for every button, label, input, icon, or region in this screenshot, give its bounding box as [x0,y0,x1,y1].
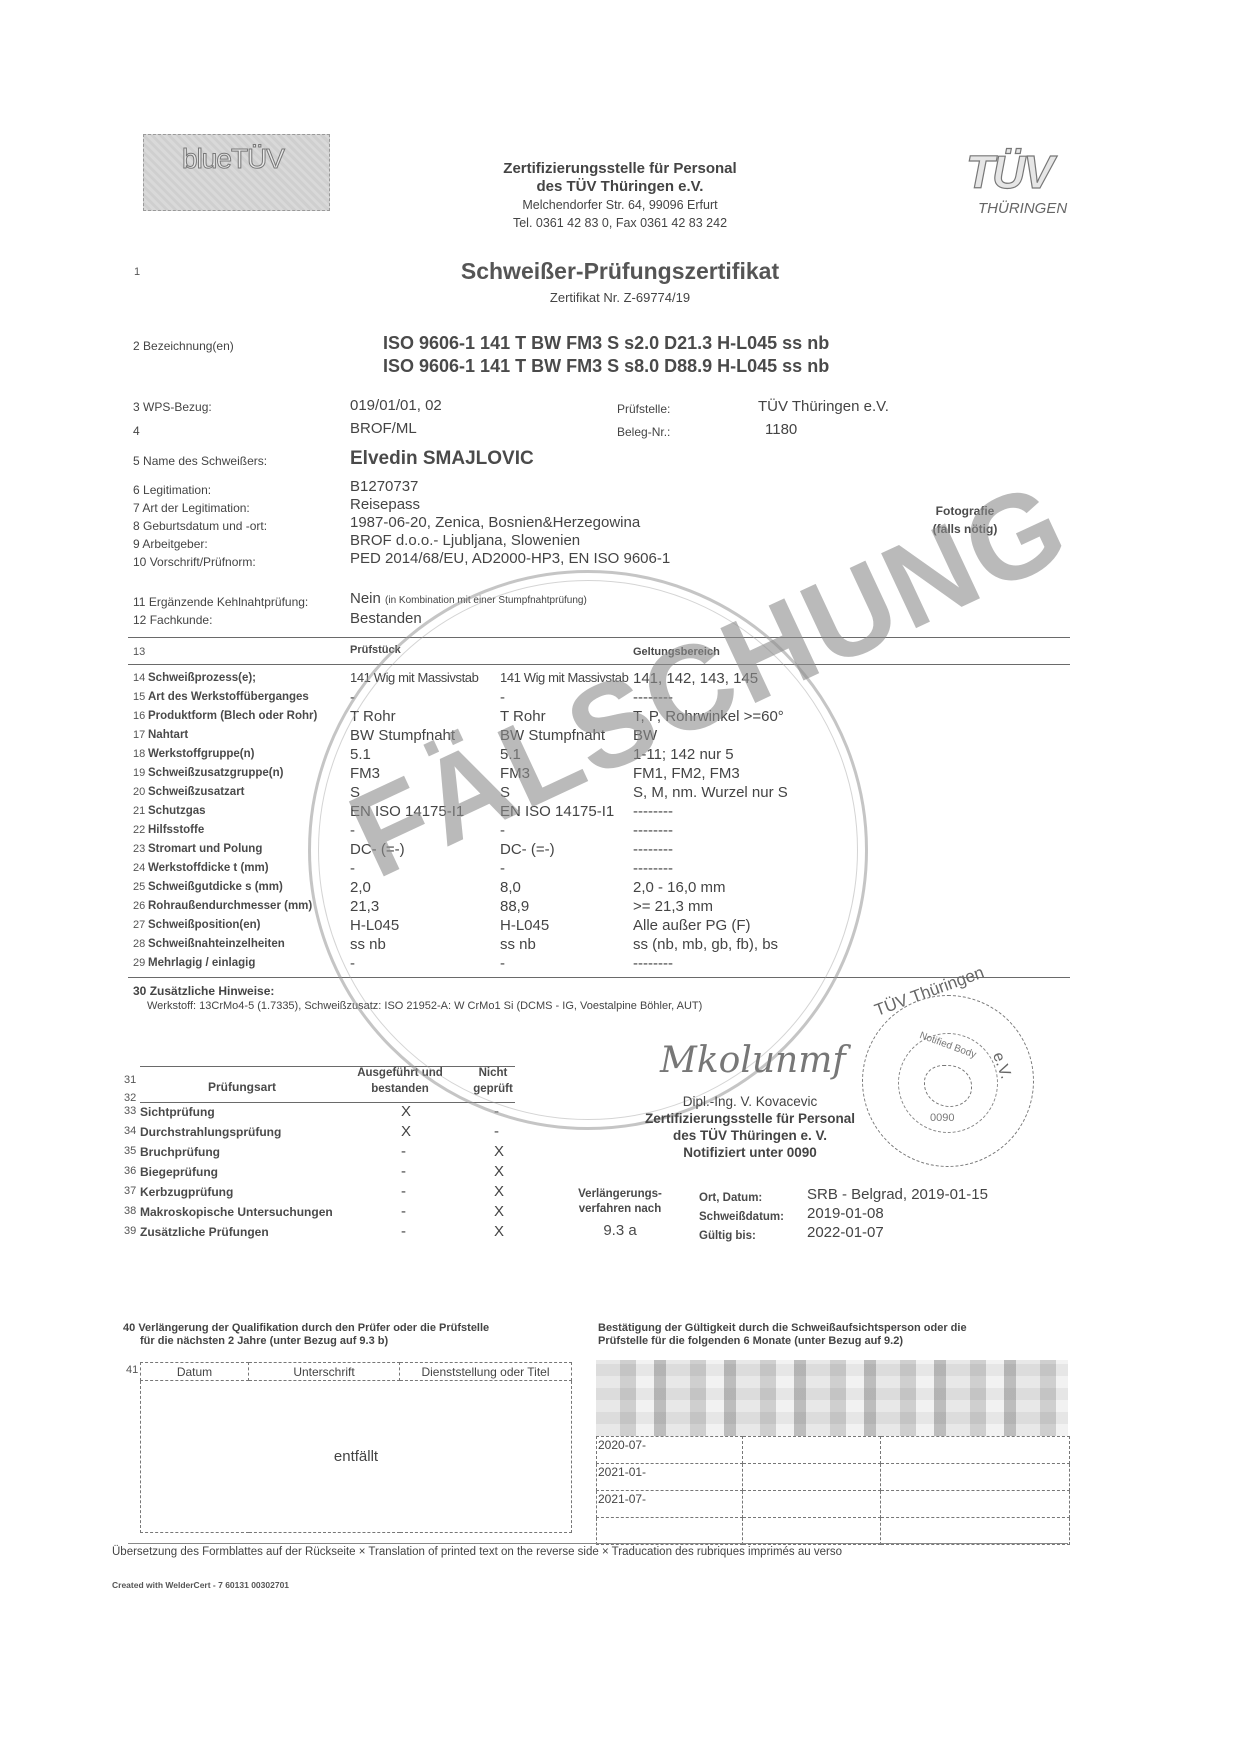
table-row: 38Makroskopische Untersuchungen-X [124,1203,544,1223]
issuer-header: Zertifizierungsstelle für Personal des T… [390,160,850,232]
cell-num: 27 [133,919,145,931]
date-cell: 2021-01- [597,1464,743,1491]
table-row [597,1518,1070,1545]
cell-label: Sichtprüfung [140,1105,215,1119]
table-row: 2021-07- [597,1491,1070,1518]
cell-passed: - [401,1163,406,1180]
cell-passed: - [401,1223,406,1240]
tests-table: 33SichtprüfungX-34Durchstrahlungsprüfung… [124,1103,544,1243]
signatory-block: Dipl.-Ing. V. Kovacevic Zertifizierungss… [590,1093,910,1161]
cell-num: 33 [124,1105,136,1117]
cell-label: Bruchprüfung [140,1145,220,1159]
cell-not: X [494,1143,504,1160]
confirmation-6m-title: Bestätigung der Gültigkeit durch die Sch… [598,1322,967,1348]
cell-num: 21 [133,805,145,817]
cell-passed: X [401,1123,411,1140]
signature-cell [743,1491,881,1518]
cell-num: 35 [124,1145,136,1157]
cell-num: 29 [133,957,145,969]
col-test-type: Prüfungsart [208,1080,276,1094]
cell-label: Werkstoffdicke t (mm) [148,862,269,874]
cell-label: Schweißposition(en) [148,919,260,931]
extension-procedure: Verlängerungs- verfahren nach 9.3 a [560,1187,680,1238]
test-center-value: TÜV Thüringen e.V. [758,398,889,415]
tuv-thueringen-logo: TÜV THÜRINGEN [960,145,1120,225]
designation-values: ISO 9606-1 141 T BW FM3 S s2.0 D21.3 H-L… [383,332,829,378]
certificate-number: Zertifikat Nr. Z-69774/19 [300,290,940,305]
cell-num: 36 [124,1165,136,1177]
cell-label: Mehrlagig / einlagig [148,957,255,969]
tests-num-a: 31 [124,1074,136,1086]
cell-not: X [494,1183,504,1200]
cell-label: Stromart und Polung [148,843,262,855]
cell-num: 37 [124,1185,136,1197]
cell-num: 25 [133,881,145,893]
cell-not: X [494,1223,504,1240]
cell-label: Zusätzliche Prüfungen [140,1225,269,1239]
cell-num: 24 [133,862,145,874]
designation-label: 2 Bezeichnung(en) [133,339,234,353]
cell-label: Kerbzugprüfung [140,1185,233,1199]
document-title: Schweißer-Prüfungszertifikat [300,258,940,285]
cell-num: 22 [133,824,145,836]
table-row: 37Kerbzugprüfung-X [124,1183,544,1203]
table-row: 34DurchstrahlungsprüfungX- [124,1123,544,1143]
wps-label: 3 WPS-Bezug: [133,400,212,414]
date-cell: 2020-07- [597,1437,743,1464]
validity-values: SRB - Belgrad, 2019-01-15 2019-01-08 202… [807,1185,988,1242]
cell-label: Schweißprozess(e); [148,672,256,684]
cell-label: Makroskopische Untersuchungen [140,1205,333,1219]
title-cell [881,1437,1070,1464]
cell-passed: - [401,1143,406,1160]
cell-label: Art des Werkstoffüberganges [148,691,309,703]
extension-2y-table: Datum Unterschrift Dienststellung oder T… [140,1362,572,1533]
cell-label: Schutzgas [148,805,206,817]
cell-num: 39 [124,1225,136,1237]
cell-label: Rohraußendurchmesser (mm) [148,900,312,912]
param-header-number: 13 [133,646,145,658]
cell-passed: - [401,1203,406,1220]
cell-num: 23 [133,843,145,855]
created-with: Created with WelderCert - 7 60131 003027… [112,1580,289,1590]
personal-values: B1270737 Reisepass 1987-06-20, Zenica, B… [350,478,670,568]
validity-labels: Ort, Datum: Schweißdatum: Gültig bis: [699,1189,784,1246]
cell-not: - [494,1123,499,1140]
cell-num: 16 [133,710,145,722]
signature-cell [743,1518,881,1545]
extension-2y-title: 40 Verlängerung der Qualifikation durch … [123,1322,489,1348]
notes-label: 30 Zusätzliche Hinweise: [133,984,274,998]
cell-label: Produktform (Blech oder Rohr) [148,710,317,722]
cell-num: 28 [133,938,145,950]
cell-num: 15 [133,691,145,703]
confirmation-6m-table: 2020-07-2021-01-2021-07- [596,1436,1070,1545]
table-row: 36Biegeprüfung-X [124,1163,544,1183]
welder-name-label: 5 Name des Schweißers: [133,454,267,468]
cell-label: Nahtart [148,729,188,741]
welder-name-value: Elvedin SMAJLOVIC [350,448,534,470]
signature-cell [743,1464,881,1491]
line-number: 1 [134,266,140,278]
cell-num: 26 [133,900,145,912]
translation-note: Übersetzung des Formblattes auf der Rück… [112,1546,842,1558]
not-applicable-text: entfällt [141,1381,572,1533]
test-center-label: Prüfstelle: [617,402,670,416]
cell-label: Schweißnahteinzelheiten [148,938,285,950]
cell-num: 19 [133,767,145,779]
stamp-code: 0090 [930,1112,954,1124]
redacted-region [596,1360,1068,1436]
title-cell [881,1518,1070,1545]
cell-num: 18 [133,748,145,760]
doc-no-value: 1180 [765,421,797,438]
cell-passed: - [401,1183,406,1200]
doc-no-label: Beleg-Nr.: [617,425,670,439]
cell-label: Biegeprüfung [140,1165,218,1179]
date-cell: 2021-07- [597,1491,743,1518]
cell-label: Schweißzusatzart [148,786,245,798]
table-row: 2020-07- [597,1437,1070,1464]
date-cell [597,1518,743,1545]
cell-passed: X [401,1103,411,1120]
cell-num: 17 [133,729,145,741]
personal-labels: 6 Legitimation: 7 Art der Legitimation: … [133,481,267,571]
line-4-number: 4 [133,424,140,438]
cell-not: X [494,1163,504,1180]
title-cell [881,1491,1070,1518]
signature-cell [743,1437,881,1464]
cell-num: 20 [133,786,145,798]
table-row: 39Zusätzliche Prüfungen-X [124,1223,544,1243]
bluetuv-logo: blueTÜV [143,134,330,211]
cell-num: 38 [124,1205,136,1217]
cell-num: 34 [124,1125,136,1137]
cell-label: Hilfsstoffe [148,824,204,836]
row-41-number: 41 [126,1364,138,1376]
table-row: 2021-01- [597,1464,1070,1491]
cell-label: Schweißgutdicke s (mm) [148,881,283,893]
cell-label: Durchstrahlungsprüfung [140,1125,281,1139]
line-4-value: BROF/ML [350,420,417,437]
table-row: 35Bruchprüfung-X [124,1143,544,1163]
cell-label: Schweißzusatzgruppe(n) [148,767,283,779]
fillet-knowledge-labels: 11 Ergänzende Kehlnahtprüfung: 12 Fachku… [133,593,308,629]
signature: Mkolunmf [660,1040,846,1081]
title-cell [881,1464,1070,1491]
cell-not: X [494,1203,504,1220]
cell-label: Werkstoffgruppe(n) [148,748,254,760]
cell-num: 14 [133,672,145,684]
wps-value: 019/01/01, 02 [350,397,442,414]
